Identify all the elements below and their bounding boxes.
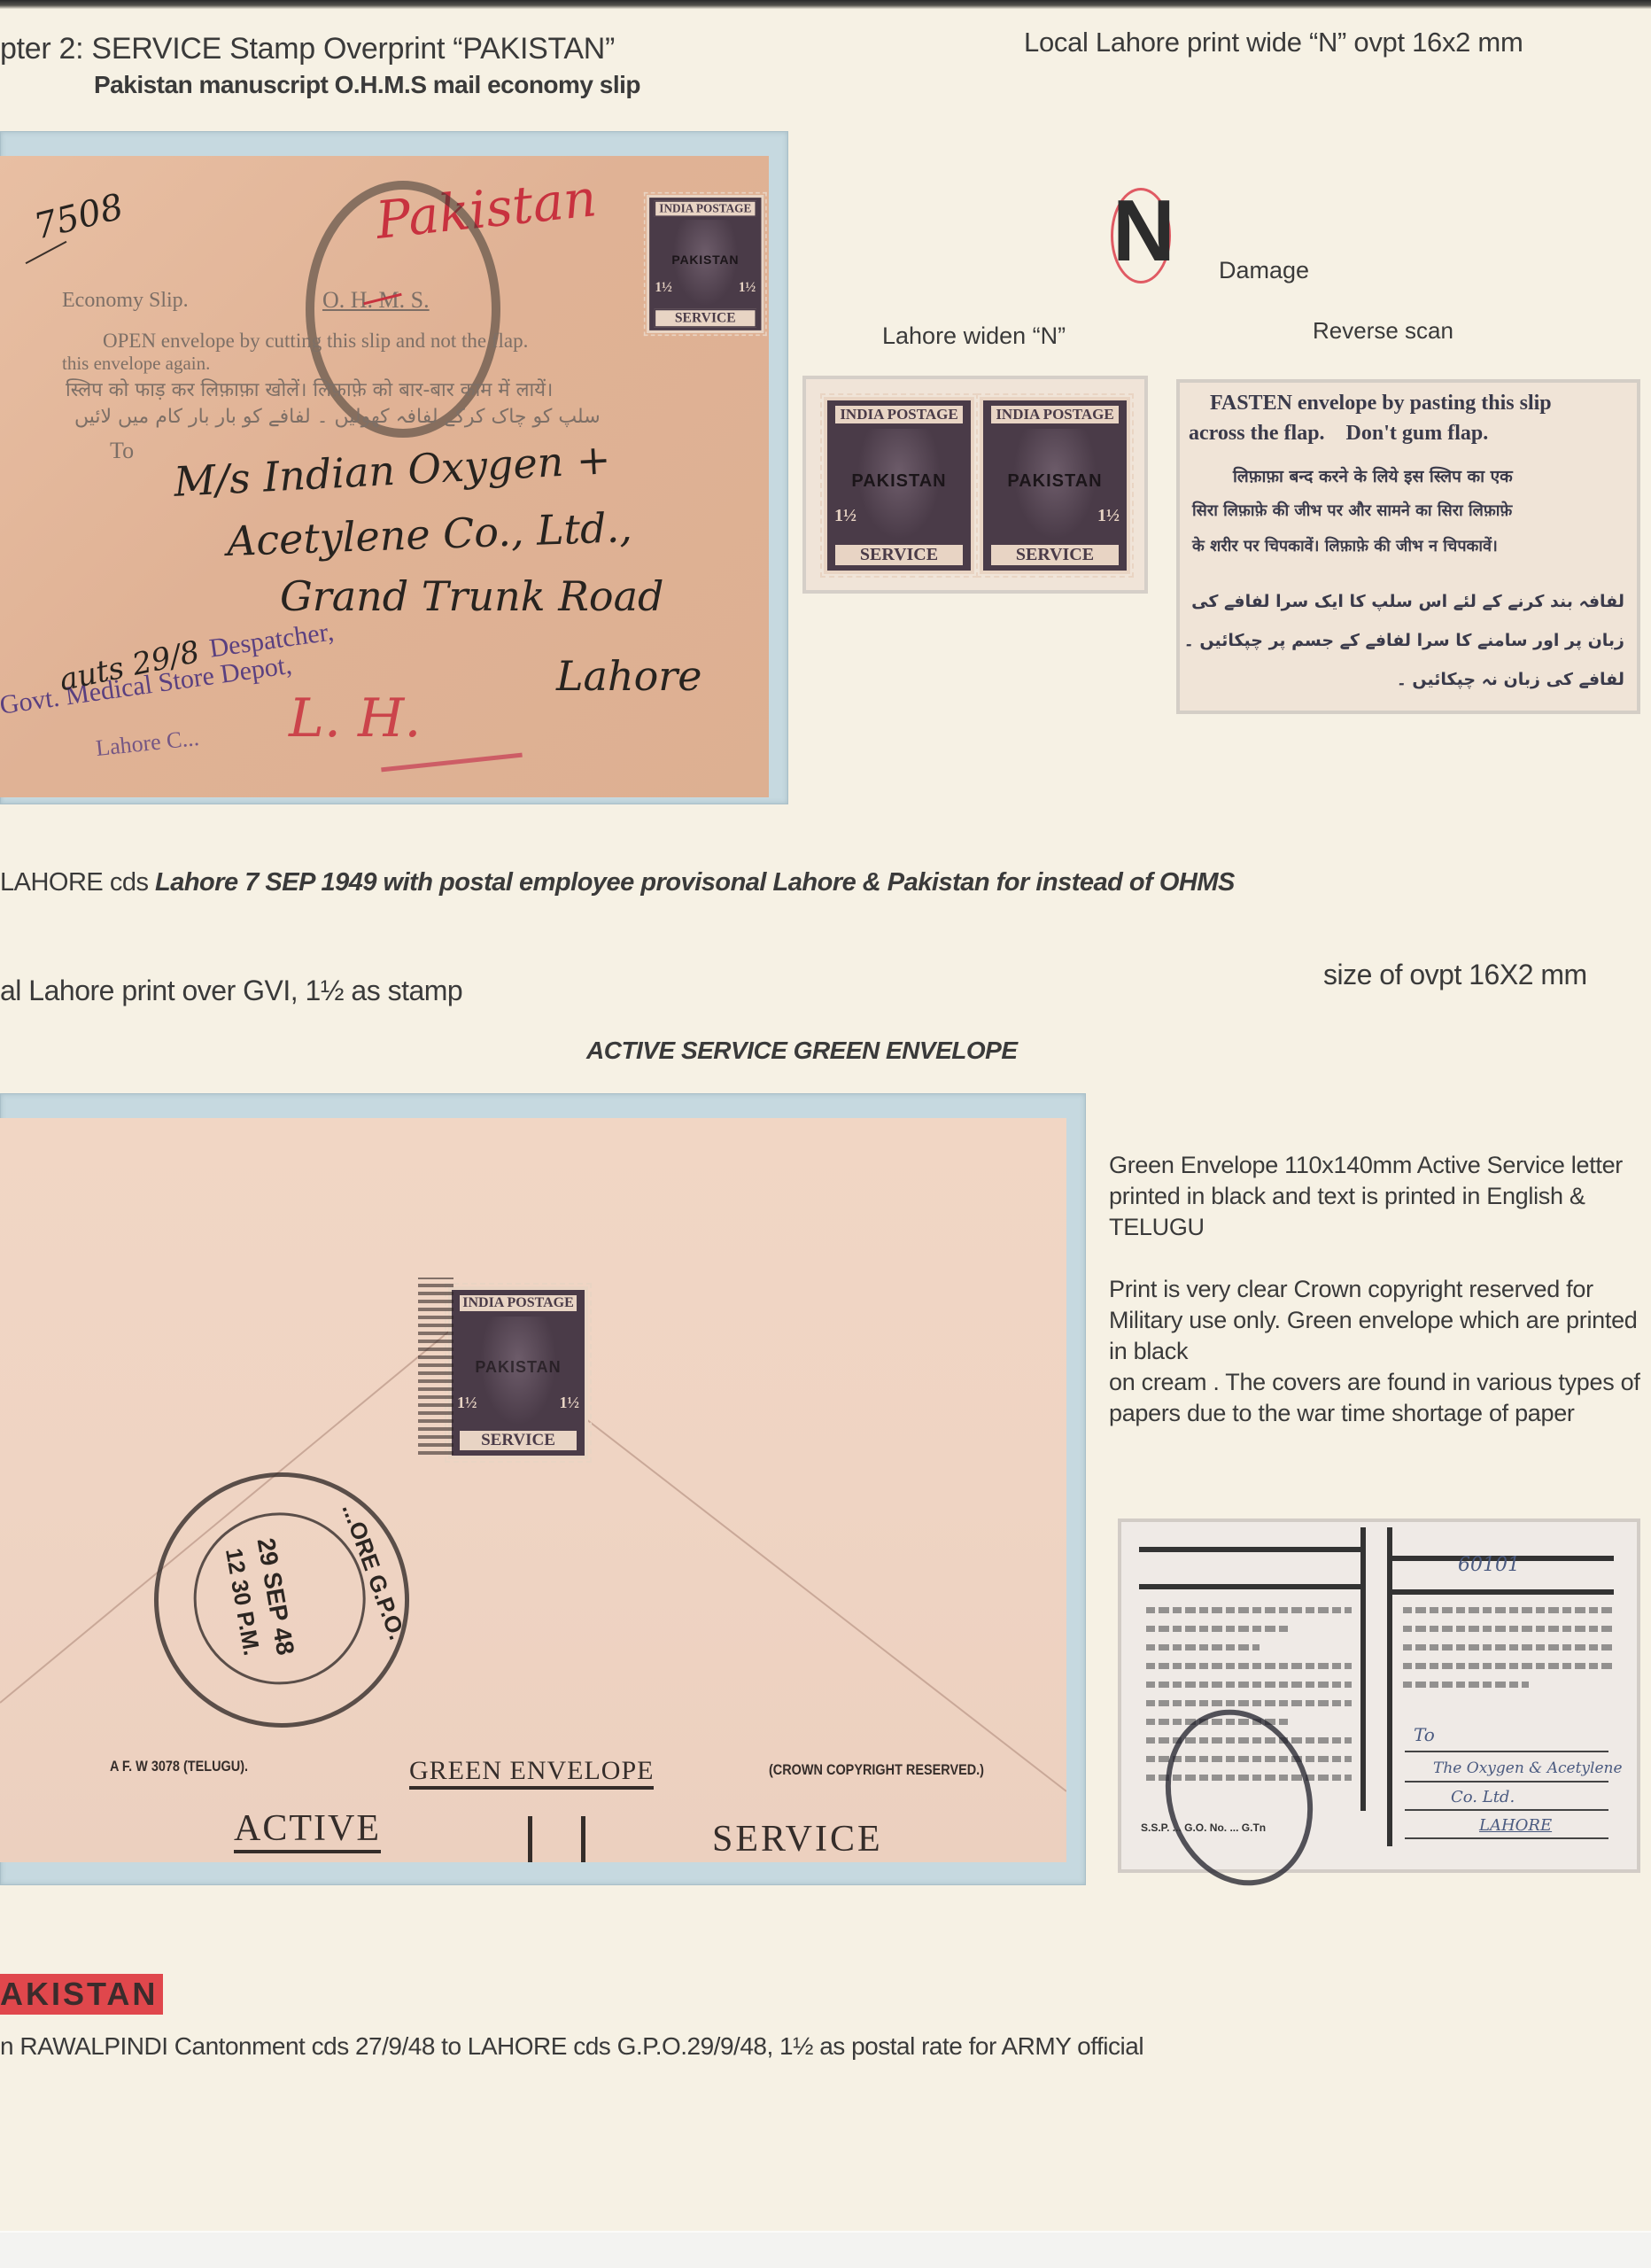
stamp-pair-scan: INDIA POSTAGE PAKISTAN SERVICE 1½ INDIA … [802,376,1148,594]
signature-underline [381,753,523,773]
pair-right-bottom-label: SERVICE [989,543,1120,567]
reverse-flap-line: across the flap. Don't gum flap. [1189,422,1488,446]
green-envelope-stamp: INDIA POSTAGE PAKISTAN SERVICE 1½ 1½ [448,1286,588,1459]
n-damage-glyph: N [1112,184,1166,276]
reference-number: 7508 [30,186,128,247]
scan-to-label: To [1414,1724,1435,1745]
notes-para-1: Green Envelope 110x140mm Active Service … [1109,1150,1640,1243]
pair-left-bottom-label: SERVICE [833,543,965,567]
envelope-notes: Green Envelope 110x140mm Active Service … [1109,1150,1640,1429]
pair-right-portrait: PAKISTAN [1013,429,1097,540]
pair-stamp-left: INDIA POSTAGE PAKISTAN SERVICE 1½ [824,397,974,574]
cover1-caption: LAHORE cds Lahore 7 SEP 1949 with postal… [0,868,1235,897]
stamp-value-right: 1½ [739,280,756,296]
scan-address-rule-1 [1405,1751,1608,1752]
form-number: A F. W 3078 (TELUGU). [110,1758,248,1775]
stamp-cancel-smudge [418,1278,453,1455]
section2-heading: ACTIVE SERVICE GREEN ENVELOPE [586,1037,1018,1065]
envelope-flap-outline [0,1118,1066,1862]
scan-rule-mid-left [1139,1584,1365,1589]
cover1-caption-prefix: LAHORE cds [0,868,155,897]
scan-addr-2: Co. Ltd. [1451,1788,1515,1806]
reverse-hindi-2: सिरा लिफ़ाफ़े की जीभ पर और सामने का सिरा… [1192,500,1512,521]
reverse-fasten-line: FASTEN envelope by pasting this slip [1210,392,1552,416]
scan-address-rule-4 [1405,1837,1608,1839]
address-line-3: Grand Trunk Road [280,572,663,620]
page-subtitle: Pakistan manuscript O.H.M.S mail economy… [94,71,640,99]
damage-label: Damage [1219,257,1309,284]
hindi-instruction: स्लिप को फाड़ कर लिफ़ाफ़ा खोलें। लिफ़ाफ़… [66,376,553,402]
address-line-2: Acetylene Co., Ltd., [226,503,632,565]
reverse-hindi-1: लिफ़ाफ़ा बन्द करने के लिये इस स्लिप का ए… [1233,464,1513,487]
scan-ref-number: 60101 [1458,1554,1520,1576]
economy-slip-label: Economy Slip. [62,289,189,313]
pair-left-portrait: PAKISTAN [857,429,941,540]
pair-label: Lahore widen “N” [882,322,1066,350]
section2-right-caption: size of ovpt 16X2 mm [1323,959,1587,991]
pair-left-overprint: PAKISTAN [840,471,959,492]
urdu-instruction: سلپ کو چاک کرکے لفافہ کھولیں ۔ لفافے کو … [74,406,601,428]
king-portrait: PAKISTAN [673,220,738,306]
pair-stamp-right: INDIA POSTAGE PAKISTAN SERVICE 1½ [980,397,1130,574]
green-stamp-portrait: PAKISTAN [480,1317,556,1425]
scan-rule-top-left [1139,1547,1365,1552]
green-stamp-top-label: INDIA POSTAGE [458,1293,578,1313]
page-top-edge [0,0,1651,9]
section2-left-caption: al Lahore print over GVI, 1½ as stamp [0,975,462,1007]
reverse-scan: FASTEN envelope by pasting this slip acr… [1176,379,1640,714]
again-text: this envelope again. [62,353,210,375]
green-stamp-bottom-label: SERVICE [458,1429,578,1452]
footer-caption: n RAWALPINDI Cantonment cds 27/9/48 to L… [0,2032,1143,2061]
telugu-envelope-scan: 60101 To The Oxygen & Acetylene Co. Ltd.… [1118,1518,1640,1873]
cover1-caption-detail: Lahore 7 SEP 1949 with postal employee p… [155,868,1235,897]
address-line-1: M/s Indian Oxygen + [173,435,612,506]
scan-vertical-right [1387,1527,1392,1846]
scan-rule-mid-right [1387,1589,1614,1595]
sender-city: Lahore C... [95,725,200,762]
pakistan-overprint: PAKISTAN [659,252,752,267]
open-instruction: OPEN envelope by cutting this slip and n… [103,330,528,353]
pair-left-value: 1½ [834,506,857,526]
service-label: SERVICE [712,1818,883,1860]
pair-right-top-label: INDIA POSTAGE [989,404,1120,425]
reverse-label: Reverse scan [1313,317,1453,345]
stamp-top-label: INDIA POSTAGE [655,200,756,217]
address-line-4: Lahore [556,652,702,700]
page-bottom-edge [0,2231,1651,2268]
divider-bar-right [581,1816,585,1862]
active-label: ACTIVE [234,1807,381,1853]
economy-slip-cover: 7508 Pakistan Economy Slip. O. H. M. S. … [0,156,769,797]
overprint-note: Local Lahore print wide “N” ovpt 16x2 mm [1024,27,1523,58]
green-stamp-value-left: 1½ [457,1394,477,1412]
notes-para-2b: on cream . The covers are found in vario… [1109,1367,1640,1429]
scan-addr-3: LAHORE [1479,1816,1552,1835]
divider-bar-left [528,1816,532,1862]
notes-para-2a: Print is very clear Crown copyright rese… [1109,1274,1640,1367]
scan-address-rule-2 [1405,1781,1608,1783]
pair-left-top-label: INDIA POSTAGE [833,404,965,425]
reverse-hindi-3: के शरीर पर चिपकावें। लिफ़ाफ़े की जीभ न च… [1192,535,1498,556]
to-label: To [110,438,134,464]
pair-right-overprint: PAKISTAN [996,471,1115,492]
crown-copyright: (CROWN COPYRIGHT RESERVED.) [769,1761,984,1779]
scan-address-rule-3 [1405,1809,1608,1811]
scan-vertical-left [1360,1527,1366,1811]
scan-footer: S.S.P. ... G.O. No. ... G.Tn [1141,1821,1266,1834]
reverse-urdu-1: لفافہ بند کرنے کے لئے اس سلپ کا ایک سرا … [1191,592,1624,611]
green-stamp-value-right: 1½ [560,1394,580,1412]
reverse-urdu-2: زبان پر اور سامنے کا سرا لفافے کے جسم پر… [1184,631,1624,650]
page-title: pter 2: SERVICE Stamp Overprint “PAKISTA… [0,32,615,66]
green-envelope-title: GREEN ENVELOPE [409,1756,654,1790]
pair-right-value: 1½ [1097,506,1120,526]
green-envelope-cover: INDIA POSTAGE PAKISTAN SERVICE 1½ 1½ 29 … [0,1118,1066,1862]
red-signature: L. H. [289,687,421,750]
pakistan-red-label: AKISTAN [0,1974,163,2015]
telugu-text-right [1403,1607,1612,1700]
green-stamp-overprint: PAKISTAN [463,1358,573,1377]
reverse-urdu-3: لفافے کی زبان نہ چپکائیں ۔ [1397,670,1624,689]
stamp-bottom-label: SERVICE [655,309,756,328]
service-stamp: INDIA POSTAGE PAKISTAN SERVICE 1½ 1½ [647,195,764,333]
scan-addr-1: The Oxygen & Acetylene [1433,1759,1623,1777]
stamp-value-left: 1½ [655,280,672,296]
